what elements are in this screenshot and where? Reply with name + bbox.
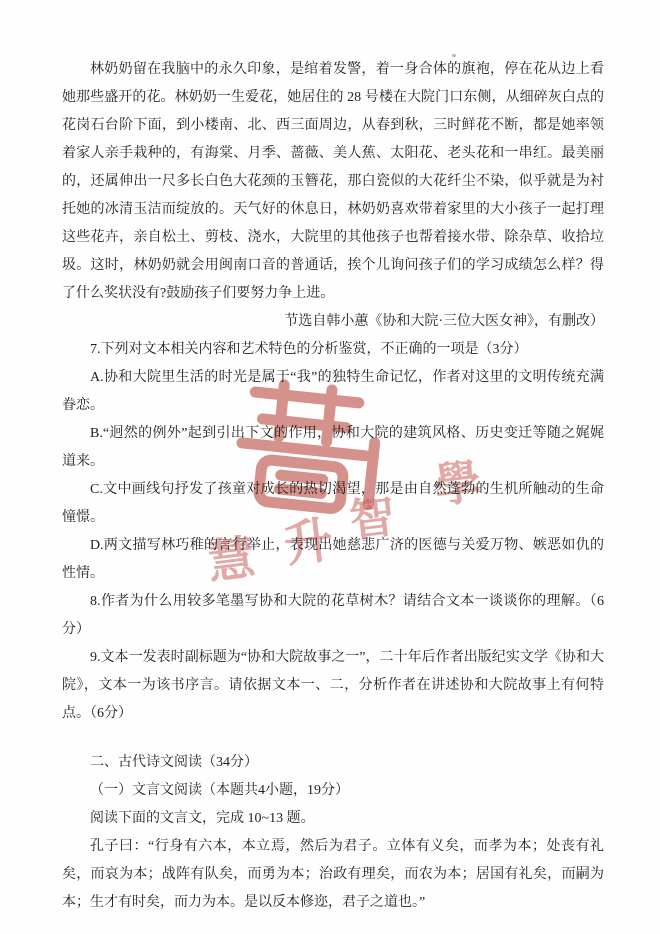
section-heading: 二、古代诗文阅读（34分） [62,749,604,777]
question-8: 8.作者为什么用较多笔墨写协和大院的花草树木？请结合文本一谈谈你的理解。（6分） [62,588,604,644]
subsection-heading: （一）文言文阅读（本题共4小题，19分） [62,777,604,805]
narrative-paragraph: 林奶奶留在我脑中的永久印象，是绾着发警，着一身合体的旗袍，停在花从边上看她那些盛… [62,56,604,308]
question-7-option-c: C.文中画线句抒发了孩童对成长的热切渴望，那是由自然蓬勃的生机所触动的生命憧憬。 [62,476,604,532]
reading-instruction: 阅读下面的文言文，完成 10~13 题。 [62,805,604,833]
classical-passage: 孔子曰：“行身有六本，本立焉，然后为君子。立体有义矣，而孝为本；处丧有礼矣，而哀… [62,833,604,917]
attribution-line: 节选自韩小蕙《协和大院·三位大医女神》，有删改） [62,308,604,336]
question-7-option-b: B.“迥然的例外”起到引出下文的作用，协和大院的建筑风格、历史变迁等随之娓娓道来… [62,420,604,476]
text-column: 林奶奶留在我脑中的永久印象，是绾着发警，着一身合体的旗袍，停在花从边上看她那些盛… [62,56,604,917]
question-7-option-d: D.两文描写林巧稚的言行举止，表现出她慈悲广济的医德与关爱万物、嫉恶如仇的性情。 [62,532,604,588]
question-7: 7.下列对文本相关内容和艺术特色的分析鉴赏，不正确的一项是（3分） [62,336,604,364]
question-7-option-a: A.协和大院里生活的时光是属于“我”的独特生命记忆，作者对这里的文明传统充满眷恋… [62,364,604,420]
exam-paper-page: 慧 升 智 學 林奶奶留在我脑中的永久印象，是绾着发警，着一身合体的旗袍，停在花… [0,0,660,934]
question-9: 9.文本一发表时副标题为“协和大院故事之一”，二十年后作者出版纪实文学《协和大院… [62,644,604,728]
